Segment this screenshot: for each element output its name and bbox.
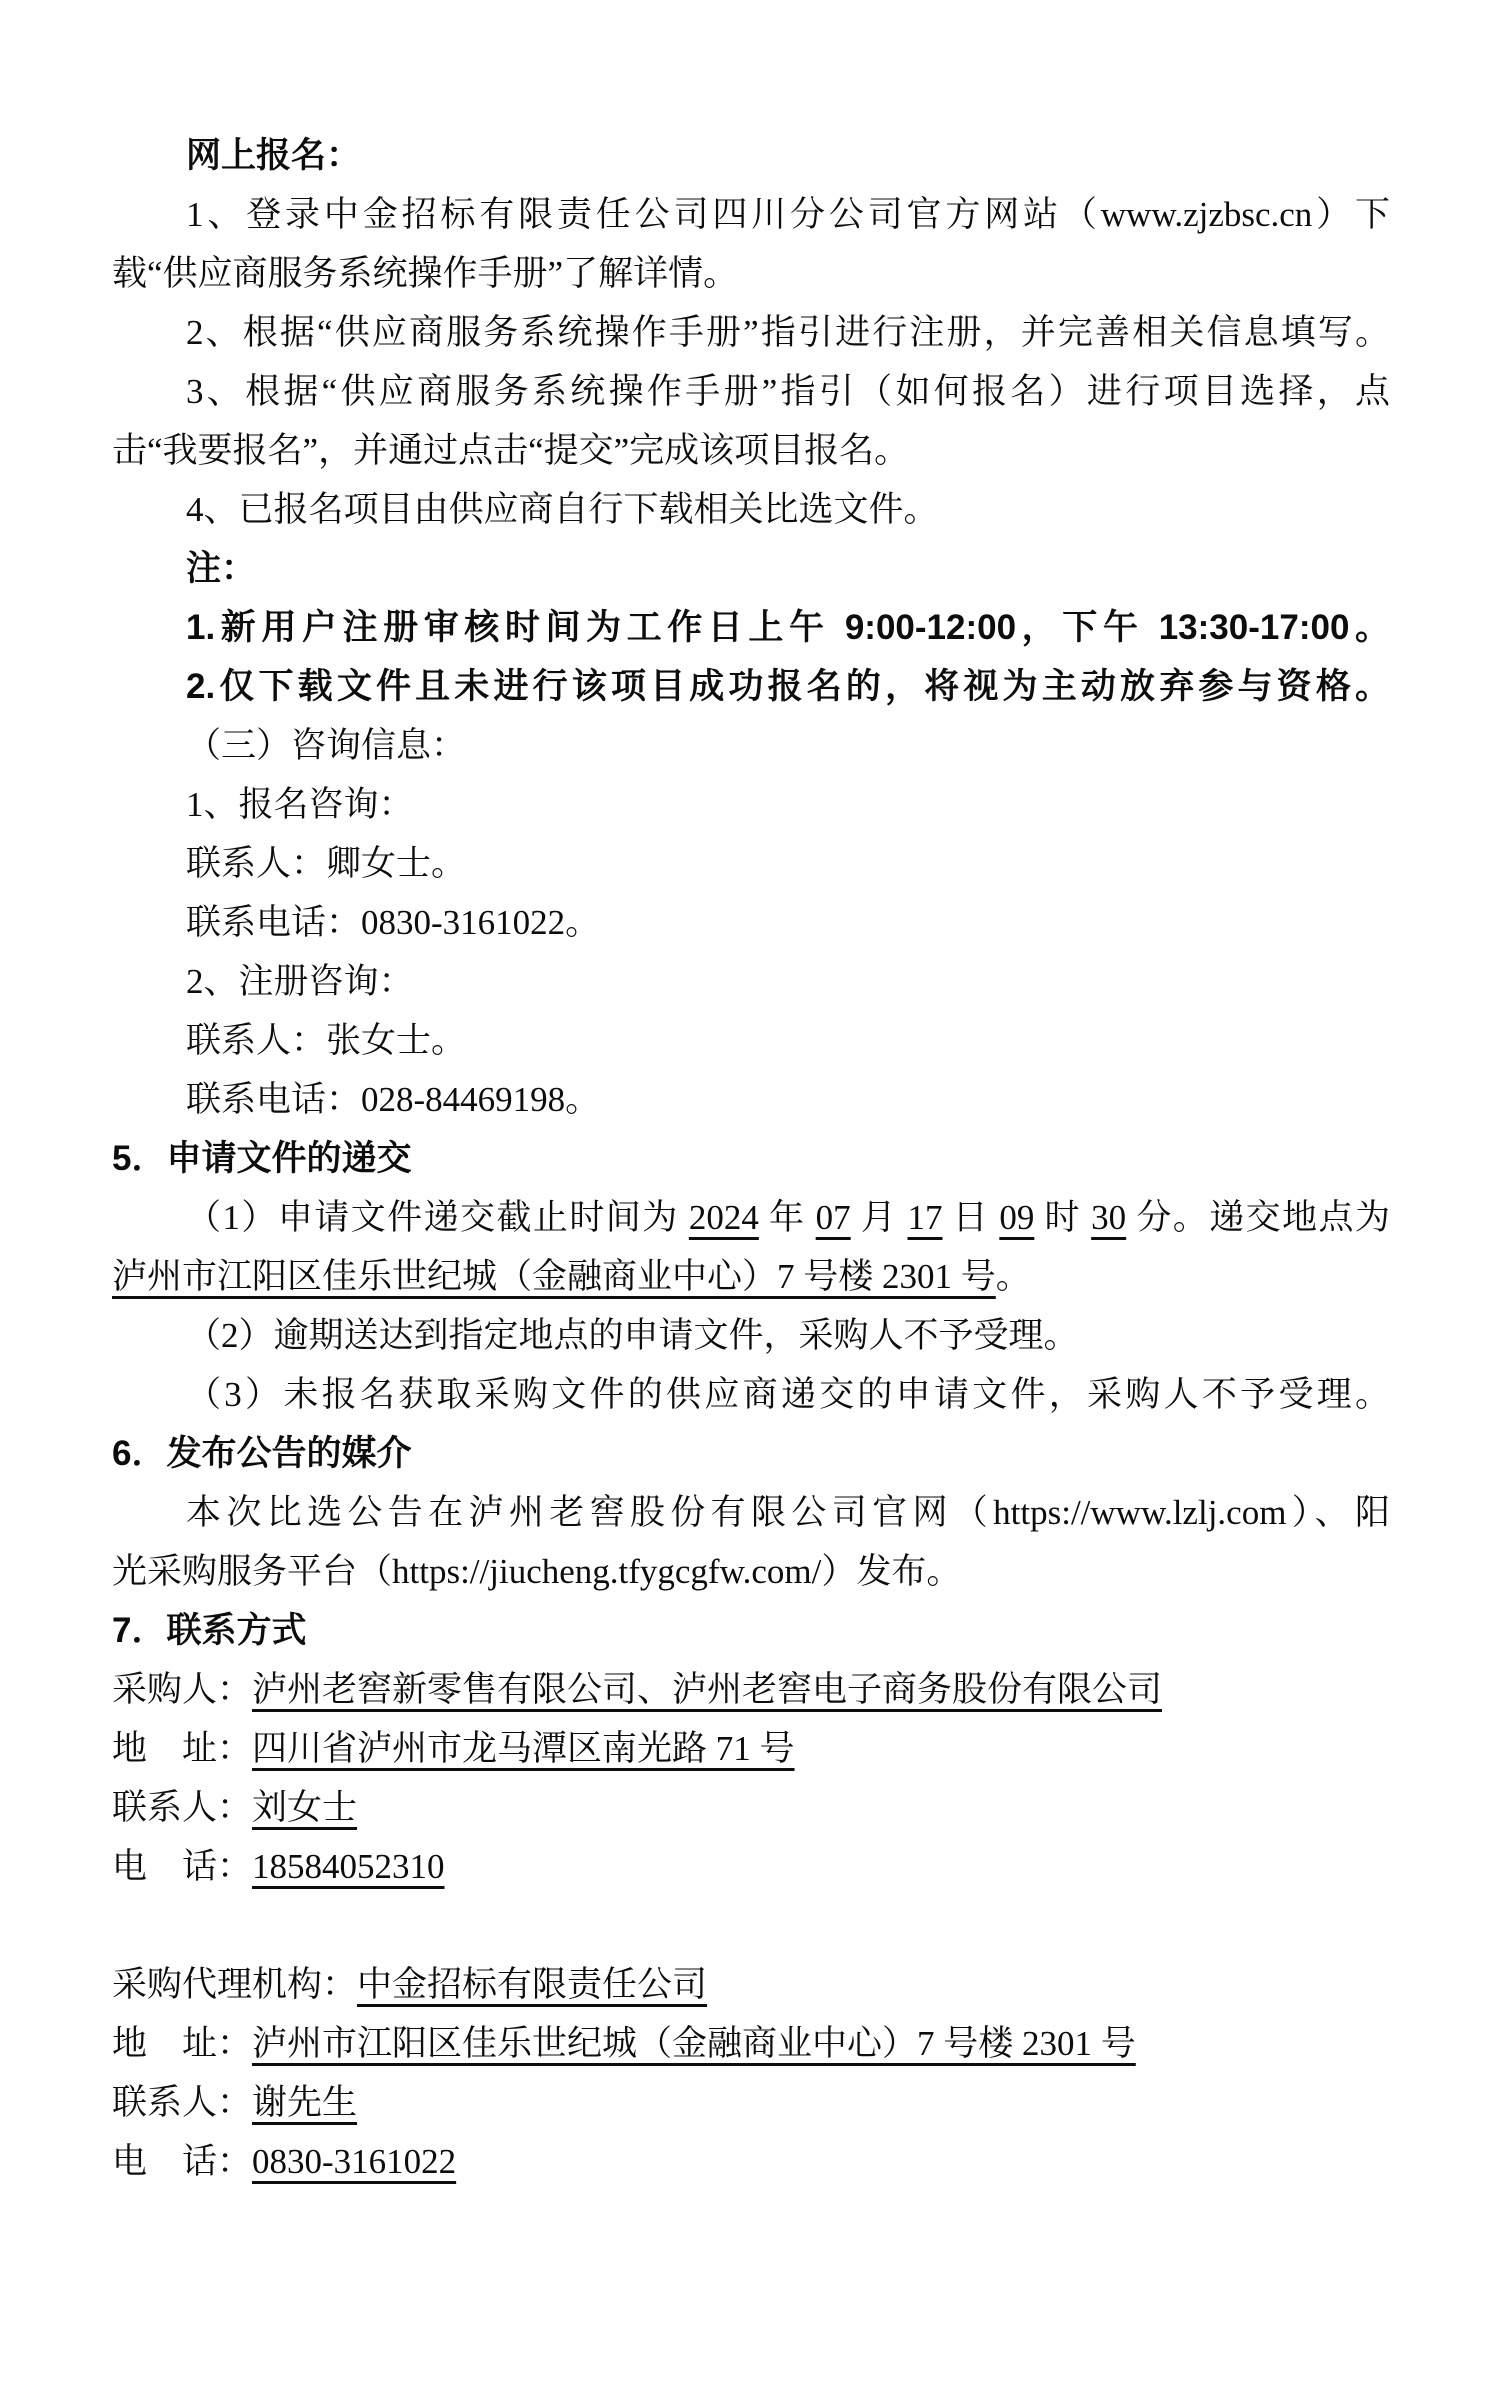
- text-line: 联系人：卿女士。: [112, 834, 1390, 893]
- underlined-text: 18584052310: [252, 1847, 445, 1886]
- text-line: 采购人：泸州老窖新零售有限公司、泸州老窖电子商务股份有限公司: [112, 1660, 1390, 1719]
- text-line: 2、注册咨询：: [112, 952, 1390, 1011]
- underlined-text: 泸州市江阳区佳乐世纪城（金融商业中心）7 号楼 2301 号: [112, 1257, 996, 1296]
- text-line: 1、报名咨询：: [112, 775, 1390, 834]
- text-line: 本次比选公告在泸州老窖股份有限公司官网（https://www.lzlj.com…: [112, 1483, 1390, 1542]
- text-segment: 网上报名：: [186, 136, 361, 175]
- text-segment: 2.仅下载文件且未进行该项目成功报名的，将视为主动放弃参与资格。: [186, 667, 1390, 706]
- text-segment: 联系人：: [112, 2083, 252, 2122]
- text-line: 载“供应商服务系统操作手册”了解详情。: [112, 244, 1390, 303]
- underlined-text: 四川省泸州市龙马潭区南光路 71 号: [252, 1729, 795, 1768]
- text-segment: 月: [851, 1198, 908, 1237]
- text-line: 联系人：刘女士: [112, 1778, 1390, 1837]
- text-segment: 日: [942, 1198, 999, 1237]
- text-segment: （3）未报名获取采购文件的供应商递交的申请文件，采购人不予受理。: [186, 1375, 1390, 1414]
- underlined-text: 30: [1091, 1198, 1126, 1237]
- document-body: 网上报名：1、登录中金招标有限责任公司四川分公司官方网站（www.zjzbsc.…: [112, 126, 1390, 2191]
- underlined-text: 刘女士: [252, 1788, 357, 1827]
- text-segment: 分。递交地点为: [1126, 1198, 1390, 1237]
- text-line: （3）未报名获取采购文件的供应商递交的申请文件，采购人不予受理。: [112, 1365, 1390, 1424]
- blank-line: [112, 1896, 1390, 1955]
- text-segment: 6．发布公告的媒介: [112, 1434, 411, 1473]
- text-line: 网上报名：: [112, 126, 1390, 185]
- text-line: 联系人：谢先生: [112, 2073, 1390, 2132]
- text-line: 注：: [112, 539, 1390, 598]
- text-segment: 年: [759, 1198, 816, 1237]
- text-line: 地 址：四川省泸州市龙马潭区南光路 71 号: [112, 1719, 1390, 1778]
- underlined-text: 2024: [689, 1198, 759, 1237]
- underlined-text: 中金招标有限责任公司: [357, 1965, 707, 2004]
- underlined-text: 0830-3161022: [252, 2142, 456, 2181]
- document-page: 网上报名：1、登录中金招标有限责任公司四川分公司官方网站（www.zjzbsc.…: [0, 0, 1500, 2384]
- text-segment: 。: [996, 1257, 1031, 1296]
- text-segment: 5．申请文件的递交: [112, 1139, 411, 1178]
- text-segment: 4、已报名项目由供应商自行下载相关比选文件。: [186, 490, 939, 529]
- text-segment: 电 话：: [112, 2142, 252, 2181]
- text-segment: 击“我要报名”，并通过点击“提交”完成该项目报名。: [112, 431, 909, 470]
- text-segment: 注：: [186, 549, 256, 588]
- text-line: 联系人：张女士。: [112, 1011, 1390, 1070]
- text-segment: 7．联系方式: [112, 1611, 306, 1650]
- text-line: 采购代理机构：中金招标有限责任公司: [112, 1955, 1390, 2014]
- text-line: 联系电话：028-84469198。: [112, 1070, 1390, 1129]
- text-line: 4、已报名项目由供应商自行下载相关比选文件。: [112, 480, 1390, 539]
- text-line: 3、根据“供应商服务系统操作手册”指引（如何报名）进行项目选择，点: [112, 362, 1390, 421]
- text-segment: 地 址：: [112, 2024, 252, 2063]
- text-line: 击“我要报名”，并通过点击“提交”完成该项目报名。: [112, 421, 1390, 480]
- text-segment: 光采购服务平台（https://jiucheng.tfygcgfw.com/）发…: [112, 1552, 961, 1591]
- text-segment: 联系电话：028-84469198。: [186, 1080, 600, 1119]
- text-segment: 1、登录中金招标有限责任公司四川分公司官方网站（www.zjzbsc.cn）下: [186, 195, 1390, 234]
- text-segment: 联系人：: [112, 1788, 252, 1827]
- text-segment: 联系人：张女士。: [186, 1021, 466, 1060]
- text-segment: 2、根据“供应商服务系统操作手册”指引进行注册，并完善相关信息填写。: [186, 313, 1390, 352]
- text-segment: 载“供应商服务系统操作手册”了解详情。: [112, 254, 738, 293]
- text-line: 5．申请文件的递交: [112, 1129, 1390, 1188]
- text-segment: 3、根据“供应商服务系统操作手册”指引（如何报名）进行项目选择，点: [186, 372, 1390, 411]
- text-line: 地 址：泸州市江阳区佳乐世纪城（金融商业中心）7 号楼 2301 号: [112, 2014, 1390, 2073]
- text-segment: （三）咨询信息：: [186, 726, 466, 765]
- text-line: 2.仅下载文件且未进行该项目成功报名的，将视为主动放弃参与资格。: [112, 657, 1390, 716]
- text-segment: 联系人：卿女士。: [186, 844, 466, 883]
- underlined-text: 07: [816, 1198, 851, 1237]
- text-segment: （2）逾期送达到指定地点的申请文件，采购人不予受理。: [186, 1316, 1079, 1355]
- underlined-text: 泸州老窖新零售有限公司、泸州老窖电子商务股份有限公司: [252, 1670, 1162, 1709]
- underlined-text: 谢先生: [252, 2083, 357, 2122]
- text-line: 6．发布公告的媒介: [112, 1424, 1390, 1483]
- text-line: （2）逾期送达到指定地点的申请文件，采购人不予受理。: [112, 1306, 1390, 1365]
- text-segment: 1、报名咨询：: [186, 785, 414, 824]
- text-segment: 时: [1034, 1198, 1091, 1237]
- text-segment: 地 址：: [112, 1729, 252, 1768]
- text-line: 光采购服务平台（https://jiucheng.tfygcgfw.com/）发…: [112, 1542, 1390, 1601]
- text-segment: 2、注册咨询：: [186, 962, 414, 1001]
- underlined-text: 09: [999, 1198, 1034, 1237]
- text-line: 2、根据“供应商服务系统操作手册”指引进行注册，并完善相关信息填写。: [112, 303, 1390, 362]
- text-line: 电 话：18584052310: [112, 1837, 1390, 1896]
- text-line: （1）申请文件递交截止时间为 2024 年 07 月 17 日 09 时 30 …: [112, 1188, 1390, 1247]
- text-line: （三）咨询信息：: [112, 716, 1390, 775]
- text-line: 1、登录中金招标有限责任公司四川分公司官方网站（www.zjzbsc.cn）下: [112, 185, 1390, 244]
- underlined-text: 17: [907, 1198, 942, 1237]
- text-segment: 采购人：: [112, 1670, 252, 1709]
- text-line: 电 话：0830-3161022: [112, 2132, 1390, 2191]
- text-line: 联系电话：0830-3161022。: [112, 893, 1390, 952]
- text-segment: 联系电话：0830-3161022。: [186, 903, 600, 942]
- text-segment: 本次比选公告在泸州老窖股份有限公司官网（https://www.lzlj.com…: [186, 1493, 1390, 1532]
- text-segment: 1.新用户注册审核时间为工作日上午 9:00-12:00，下午 13:30-17…: [186, 608, 1390, 647]
- text-line: 1.新用户注册审核时间为工作日上午 9:00-12:00，下午 13:30-17…: [112, 598, 1390, 657]
- text-line: 泸州市江阳区佳乐世纪城（金融商业中心）7 号楼 2301 号。: [112, 1247, 1390, 1306]
- text-line: 7．联系方式: [112, 1601, 1390, 1660]
- text-segment: （1）申请文件递交截止时间为: [186, 1198, 689, 1237]
- underlined-text: 泸州市江阳区佳乐世纪城（金融商业中心）7 号楼 2301 号: [252, 2024, 1136, 2063]
- text-segment: 电 话：: [112, 1847, 252, 1886]
- text-segment: 采购代理机构：: [112, 1965, 357, 2004]
